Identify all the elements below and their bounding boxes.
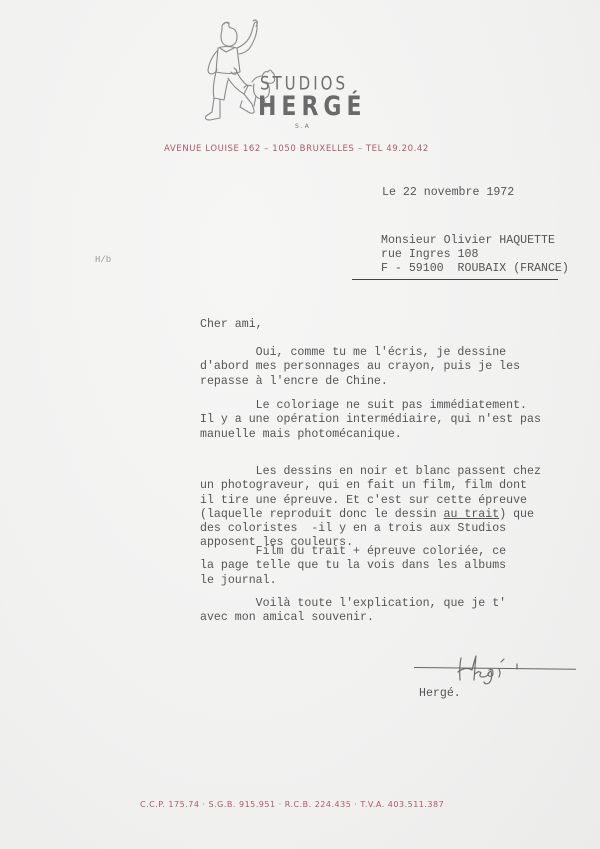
- body-paragraph-2: Le coloriage ne suit pas immédiatement. …: [200, 399, 541, 442]
- letterhead-address: AVENUE LOUISE 162 – 1050 BRUXELLES – TEL…: [164, 144, 429, 154]
- letter-date: Le 22 novembre 1972: [382, 186, 514, 200]
- company-name-line2: HERGÉ: [258, 92, 366, 122]
- body-paragraph-1: Oui, comme tu me l'écris, je dessine d'a…: [200, 346, 520, 389]
- reference-initials: H/b: [95, 253, 111, 267]
- recipient-name: Monsieur Olivier HAQUETTE: [381, 234, 555, 247]
- recipient-address: Monsieur Olivier HAQUETTE rue Ingres 108…: [381, 234, 569, 277]
- address-underline: [352, 279, 558, 280]
- underlined-phrase: au trait: [444, 508, 500, 521]
- letter-page: STUDIOS HERGÉ S.A AVENUE LOUISE 162 – 10…: [0, 0, 600, 849]
- recipient-street: rue Ingres 108: [381, 248, 478, 261]
- salutation: Cher ami,: [200, 318, 263, 332]
- company-suffix: S.A: [295, 123, 311, 130]
- body-paragraph-3: Les dessins en noir et blanc passent che…: [200, 465, 541, 551]
- body-paragraph-5: Voilà toute l'explication, que je t' ave…: [200, 597, 506, 626]
- signer-name: Hergé.: [419, 687, 461, 701]
- body-paragraph-4: Film du trait + épreuve coloriée, ce la …: [200, 545, 506, 588]
- recipient-city: F - 59100 ROUBAIX (FRANCE): [381, 262, 569, 275]
- letterhead-footer-registrations: C.C.P. 175.74 · S.G.B. 915.951 · R.C.B. …: [140, 800, 444, 809]
